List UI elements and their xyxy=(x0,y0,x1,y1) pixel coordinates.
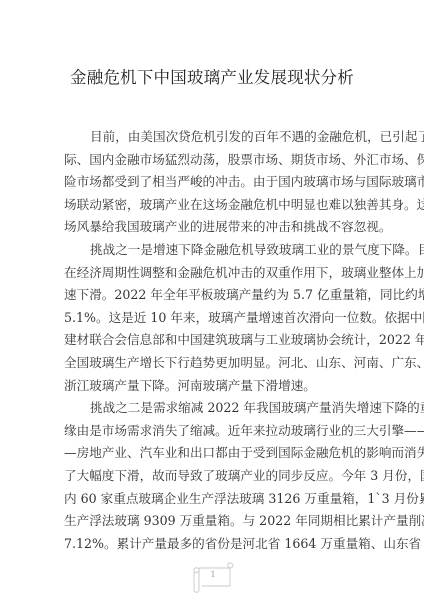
paragraph-3-line: 7.12%。累计产量最多的省份是河北省 1664 万重量箱、山东省 1025 xyxy=(64,533,362,556)
paragraph-2-line: 挑战之一是增速下降金融危机导致玻璃工业的景气度下降。目前 xyxy=(64,239,362,262)
paragraph-3-line: 挑战之二是需求缩减 2022 年我国玻璃产量消失增速下降的重要 xyxy=(64,397,362,420)
paragraph-2-line: 建材联合会信息部和中国建筑玻璃与工业玻璃协会统计，2022 年， xyxy=(64,329,362,352)
paragraph-1-line: 际、国内金融市场猛烈动荡，股票市场、期货市场、外汇市场、保 xyxy=(64,149,362,172)
page-number: 1 xyxy=(190,570,236,579)
paragraph-1-line: 场风暴给我国玻璃产业的进展带来的冲击和挑战不容忽视。 xyxy=(64,216,362,239)
paragraph-3-line: 缘由是市场需求消失了缩减。近年来拉动玻璃行业的三大引擎—— xyxy=(64,420,362,443)
paragraph-1-line: 场联动紧密，玻璃产业在这场金融危机中明显也难以独善其身。这 xyxy=(64,194,362,217)
document-body: 目前，由美国次贷危机引发的百年不遇的金融危机，已引起了国 际、国内金融市场猛烈动… xyxy=(64,126,362,555)
paragraph-2-line: 浙江玻璃产量下降。河南玻璃产量下滑增速。 xyxy=(64,375,362,398)
paragraph-1-line: 目前，由美国次贷危机引发的百年不遇的金融危机，已引起了国 xyxy=(64,126,362,149)
document-title: 金融危机下中国玻璃产业发展现状分析 xyxy=(0,64,424,88)
paragraph-2-line: 速下滑。2022 年全年平板玻璃产量约为 5.7 亿重量箱，同比约增长 xyxy=(64,284,362,307)
paragraph-3-line: —房地产业、汽车业和出口都由于受到国际金融危机的影响而消失 xyxy=(64,442,362,465)
paragraph-2-line: 全国玻璃生产增长下行趋势更加明显。河北、山东、河南、广东、 xyxy=(64,352,362,375)
paragraph-3-line: 内 60 家重点玻璃企业生产浮法玻璃 3126 万重量箱，1`3 月份累计 xyxy=(64,488,362,511)
paragraph-1-line: 险市场都受到了相当严峻的冲击。由于国内玻璃市场与国际玻璃市 xyxy=(64,171,362,194)
paragraph-2-line: 在经济周期性调整和金融危机冲击的双重作用下，玻璃业整体上加 xyxy=(64,262,362,285)
paragraph-3-line: 了大幅度下滑，故而导致了玻璃产业的同步反应。今年 3 月份，国 xyxy=(64,465,362,488)
paragraph-3-line: 生产浮法玻璃 9309 万重量箱。与 2022 年同期相比累计产量削减 xyxy=(64,510,362,533)
paragraph-2-line: 5.1%。这是近 10 年来，玻璃产量增速首次滑向一位数。依据中国 xyxy=(64,307,362,330)
